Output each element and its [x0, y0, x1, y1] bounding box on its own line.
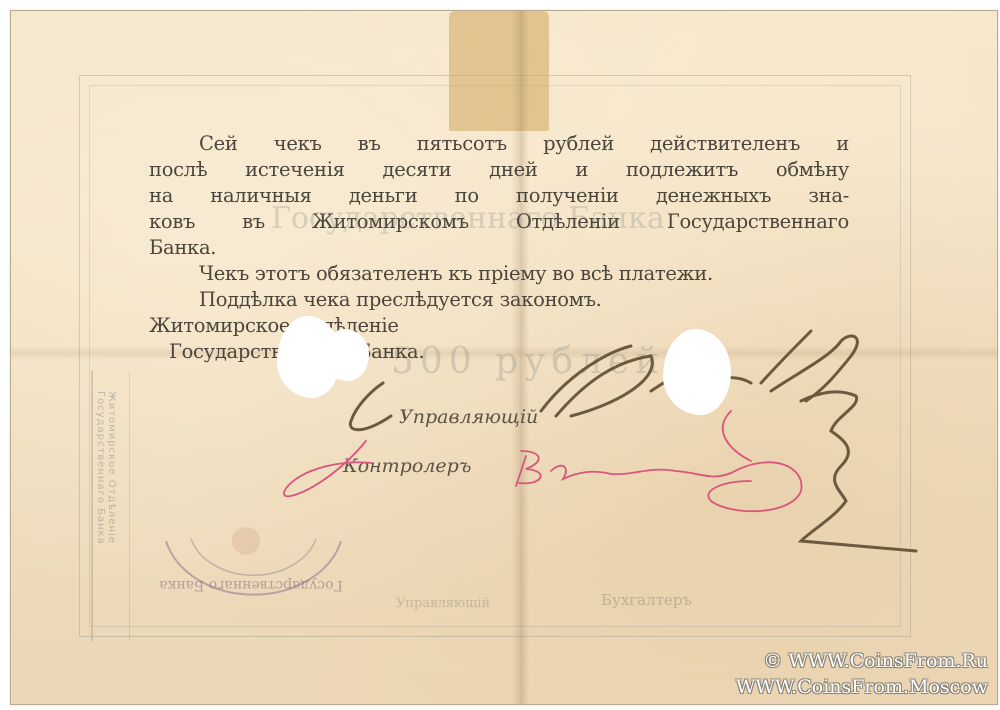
manager-signature-icon: [350, 331, 916, 551]
cancellation-hole-left-2: [323, 329, 369, 381]
cheque-paper: Государственнаго Банка 500 рублей Бухгал…: [10, 10, 998, 705]
watermark-line-2: WWW.CoinsFrom.Moscow: [736, 676, 988, 698]
watermark-line-1: © WWW.CoinsFrom.Ru: [763, 650, 988, 672]
signatures-layer: [11, 11, 997, 704]
cancellation-hole-right: [663, 329, 731, 415]
controller-signature-icon: [284, 411, 802, 511]
